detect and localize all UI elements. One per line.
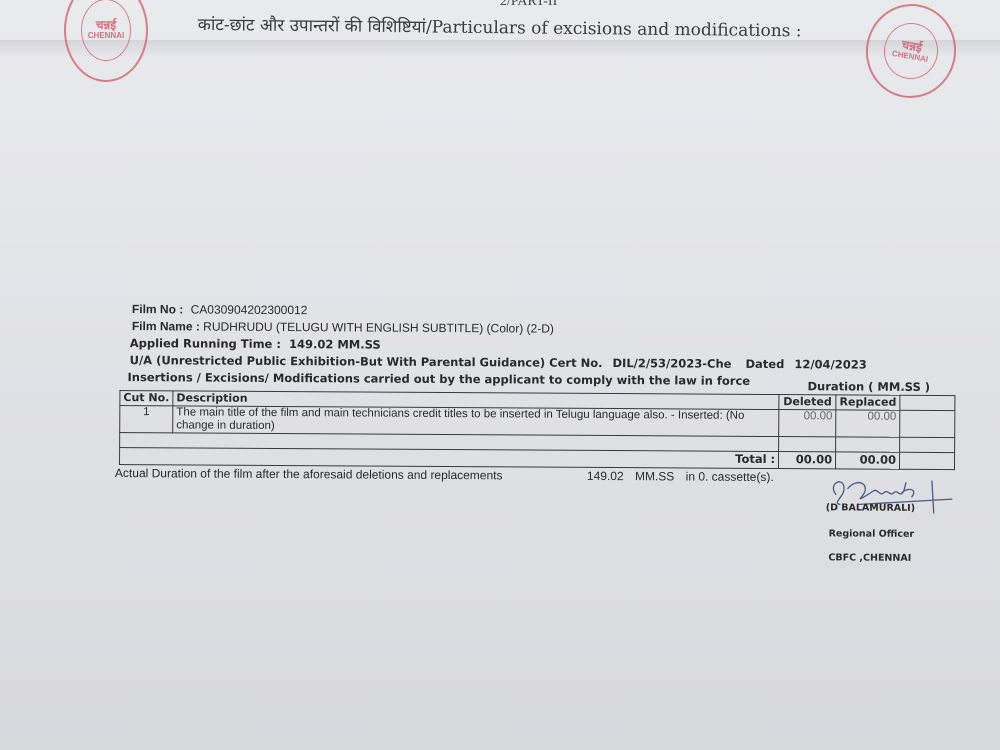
modifications-heading: Insertions / Excisions/ Modifications ca… (127, 370, 750, 388)
modifications-table: Cut No. Description Deleted Replaced 1 T… (119, 390, 955, 470)
film-number-label: Film No : (132, 302, 183, 316)
total-deleted: 00.00 (779, 452, 836, 469)
certificate-details: Film No : CA030904202300012 Film Name : … (116, 302, 966, 307)
running-time-label: Applied Running Time : (130, 336, 281, 351)
cbfc-stamp-left: चन्नई CHENNAI (64, 0, 148, 82)
actual-duration-row: 149.02 MM.SS in 0. cassette(s). (587, 469, 774, 484)
actual-duration-label: Actual Duration of the film after the af… (115, 466, 503, 482)
cassette-count: in 0. cassette(s). (686, 469, 774, 484)
signatory-name: (D BALAMURALI) (826, 502, 915, 514)
page-reference: 2/PART-II (500, 0, 557, 10)
dated-label: Dated (745, 357, 784, 371)
running-time-row: Applied Running Time : 149.02 MM.SS (130, 336, 381, 352)
page-title: कांट-छांट और उपान्तरों की विशिष्टियां/Pa… (198, 12, 878, 42)
cut-deleted: 00.00 (779, 410, 836, 437)
film-name-row: Film Name : RUDHRUDU (TELUGU WITH ENGLIS… (132, 319, 554, 336)
signatory-designation: Regional Officer (829, 528, 915, 540)
cut-replaced: 00.00 (836, 410, 900, 437)
duration-heading: Duration ( MM.SS ) (807, 379, 930, 394)
film-name-label: Film Name : (132, 319, 200, 333)
certificate-number: DIL/2/53/2023-Che (612, 356, 731, 371)
col-deleted: Deleted (779, 395, 836, 410)
total-label: Total : (120, 448, 779, 469)
stamp-english-text: CHENNAI (891, 50, 928, 65)
paper-fold-shadow (0, 40, 1000, 58)
certificate-type: U/A (Unrestricted Public Exhibition-But … (130, 353, 603, 370)
col-replaced: Replaced (836, 395, 900, 410)
cbfc-stamp-right: चन्नई CHENNAI (859, 0, 964, 105)
running-time: 149.02 MM.SS (289, 337, 381, 352)
total-replaced: 00.00 (836, 452, 900, 469)
signatory-office: CBFC ,CHENNAI (828, 552, 911, 564)
actual-duration-value: 149.02 (587, 469, 624, 483)
actual-duration-unit: MM.SS (635, 469, 674, 483)
certificate-date: 12/04/2023 (794, 357, 867, 371)
cut-number: 1 (120, 406, 173, 433)
certificate-row: U/A (Unrestricted Public Exhibition-But … (130, 353, 867, 372)
film-number: CA030904202300012 (191, 302, 308, 317)
cut-blank (900, 410, 955, 437)
col-blank (900, 395, 955, 410)
film-name: RUDHRUDU (TELUGU WITH ENGLISH SUBTITLE) … (203, 320, 554, 336)
col-cut-no: Cut No. (120, 391, 173, 406)
stamp-english-text: CHENNAI (88, 32, 124, 41)
film-number-row: Film No : CA030904202300012 (132, 302, 308, 317)
cut-description: The main title of the film and main tech… (173, 406, 779, 437)
